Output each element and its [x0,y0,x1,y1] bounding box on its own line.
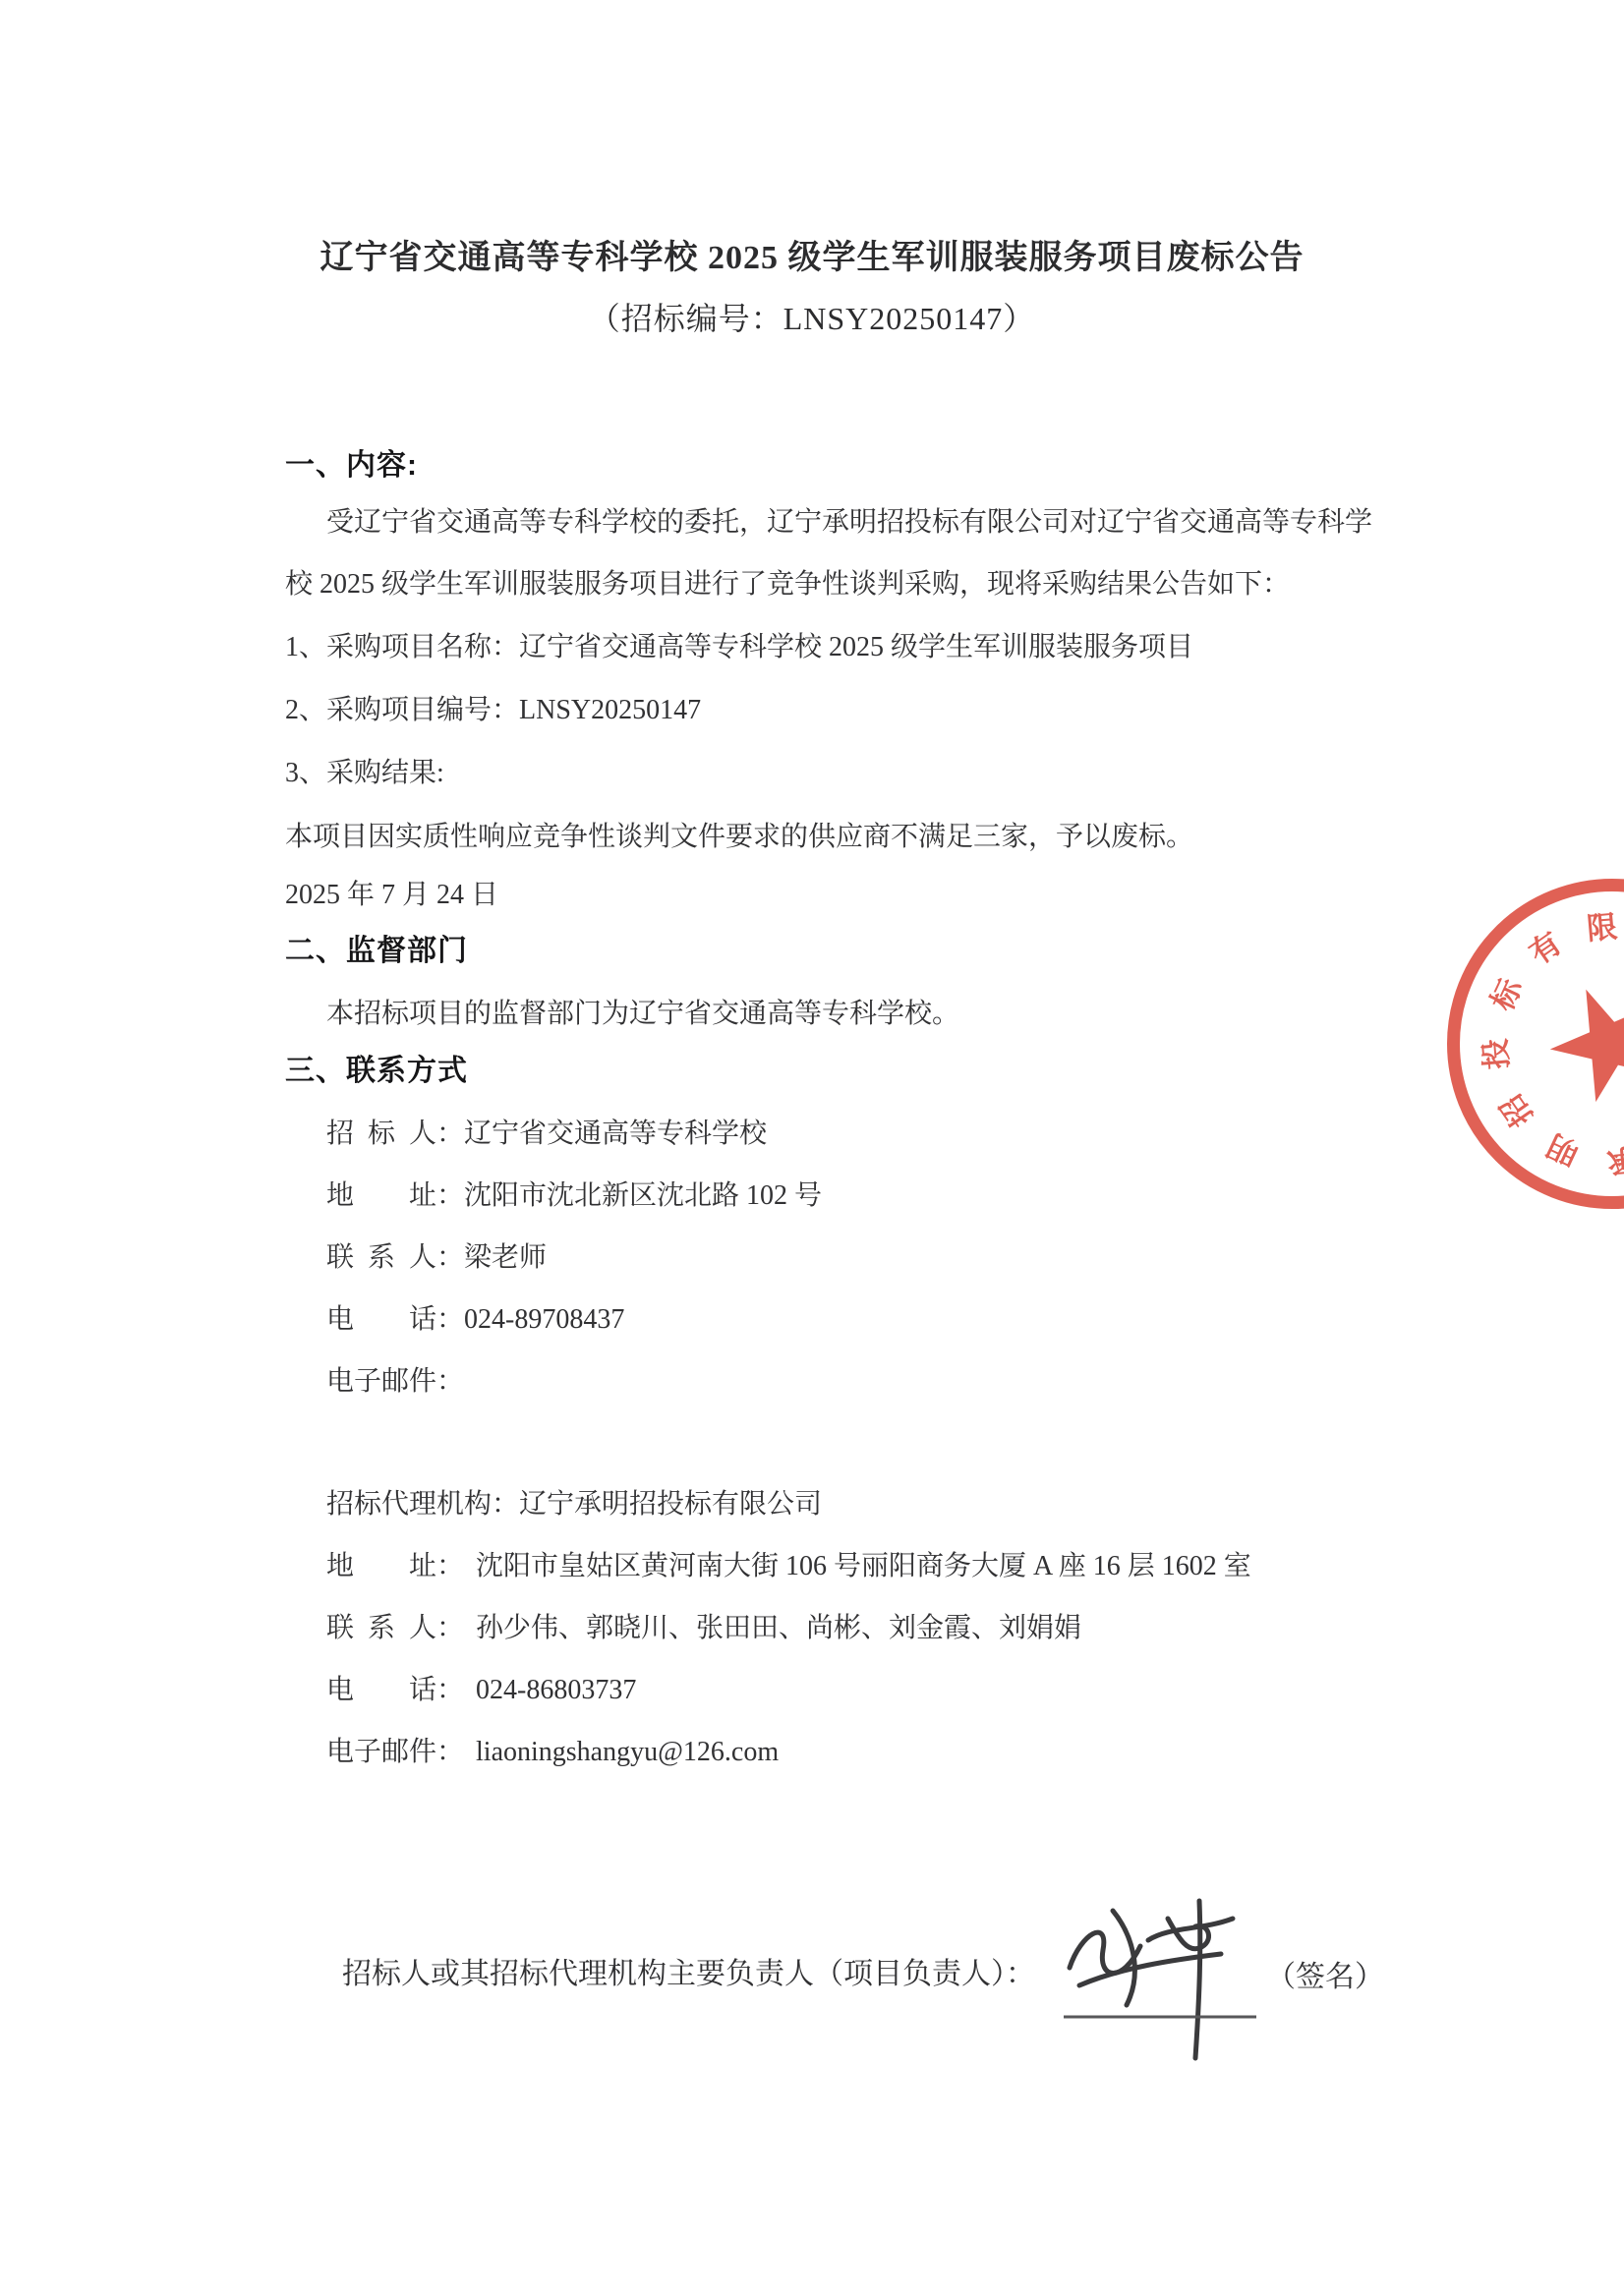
contact-label: 招标人 [326,1119,436,1150]
signature-line-prefix: 招标人或其招标代理机构主要负责人（项目负责人）： [342,1958,1035,1992]
item-project-name: 1、采购项目名称：辽宁省交通高等专科学校 2025 级学生军训服装服务项目 [285,632,1193,663]
agency-row-person: 联系人：孙少伟、郭晓川、张田田、尚彬、刘金霞、刘娟娟 [326,1613,1081,1644]
contact-label: 电话 [326,1675,436,1706]
contact-value: liaoningshangyu@126.com [476,1737,779,1768]
agency-label: 招标代理机构 [326,1489,492,1521]
tender-number-subtitle: （招标编号：LNSY20250147） [0,301,1624,337]
contact-row-address: 地址：沈阳市沈北新区沈北路 102 号 [326,1180,822,1212]
agency-row-address: 地址：沈阳市皇姑区黄河南大街 106 号丽阳商务大厦 A 座 16 层 1602… [326,1551,1251,1582]
contact-label: 电子邮件 [326,1366,436,1398]
contact-label: 电话 [326,1304,436,1336]
handwritten-signature [1052,1889,1278,2071]
seal-char: 标 [1483,971,1531,1018]
label-colon: ： [436,1613,464,1644]
seal-char: 限 [1583,909,1621,947]
seal-arc-text: 辽宁承明招投标有限公司 [1433,865,1624,1223]
contact-label: 电子邮件 [326,1737,436,1768]
company-seal-stamp: ★ 辽宁承明招投标有限公司 [1447,879,1624,1209]
label-colon: ： [436,1242,464,1274]
contact-value: 沈阳市皇姑区黄河南大街 106 号丽阳商务大厦 A 座 16 层 1602 室 [476,1551,1251,1582]
label-colon: ： [436,1304,464,1336]
label-colon: ： [436,1737,464,1768]
agency-row-email: 电子邮件：liaoningshangyu@126.com [326,1737,779,1768]
contact-row-tenderee: 招标人：辽宁省交通高等专科学校 [326,1119,767,1150]
seal-rotor: ★ 辽宁承明招投标有限公司 [1433,865,1624,1223]
contact-value: 梁老师 [464,1242,547,1274]
contact-row-person: 联系人：梁老师 [326,1242,547,1274]
label-colon: ： [436,1180,464,1212]
seal-char: 有 [1521,924,1570,973]
contact-value: 辽宁省交通高等专科学校 [464,1119,767,1150]
supervision-body: 本招标项目的监督部门为辽宁省交通高等专科学校。 [326,999,959,1030]
contact-row-email: 电子邮件： [326,1366,464,1398]
seal-char: 承 [1603,1140,1624,1178]
content-paragraph-line2: 校 2025 级学生军训服装服务项目进行了竞争性谈判采购，现将采购结果公告如下： [285,569,1290,601]
contact-value: 024-89708437 [464,1304,624,1336]
section-heading-supervision: 二、监督部门 [285,935,468,969]
item-procurement-result: 3、采购结果: [285,758,444,789]
label-colon: ： [492,1489,519,1521]
section-heading-contact: 三、联系方式 [285,1055,468,1089]
agency-name: 辽宁承明招投标有限公司 [519,1489,822,1521]
section-heading-content: 一、内容: [285,449,418,484]
seal-char: 投 [1478,1035,1516,1073]
agency-intro-row: 招标代理机构：辽宁承明招投标有限公司 [326,1489,822,1521]
contact-label: 地址 [326,1180,436,1212]
contact-label: 地址 [326,1551,436,1582]
announcement-page: 辽宁省交通高等专科学校 2025 级学生军训服装服务项目废标公告 （招标编号：L… [0,0,1624,2296]
contact-label: 联系人 [326,1613,436,1644]
agency-row-phone: 电话：024-86803737 [326,1675,636,1706]
contact-value: 沈阳市沈北新区沈北路 102 号 [464,1180,822,1212]
label-colon: ： [436,1119,464,1150]
seal-char: 明 [1539,1125,1587,1173]
contact-value: 孙少伟、郭晓川、张田田、尚彬、刘金霞、刘娟娟 [476,1613,1081,1644]
page-title: 辽宁省交通高等专科学校 2025 级学生军训服装服务项目废标公告 [0,239,1624,277]
seal-char: 招 [1492,1086,1541,1135]
announcement-date: 2025 年 7 月 24 日 [285,880,498,911]
contact-row-phone: 电话：024-89708437 [326,1304,624,1336]
content-paragraph-line1: 受辽宁省交通高等专科学校的委托，辽宁承明招投标有限公司对辽宁省交通高等专科学 [326,507,1372,539]
contact-label: 联系人 [326,1242,436,1274]
contact-value: 024-86803737 [476,1675,636,1706]
signature-line-suffix: （签名） [1266,1961,1384,1995]
label-colon: ： [436,1366,464,1398]
item-project-number: 2、采购项目编号：LNSY20250147 [285,695,701,726]
result-statement: 本项目因实质性响应竞争性谈判文件要求的供应商不满足三家，予以废标。 [285,822,1193,853]
label-colon: ： [436,1675,464,1706]
label-colon: ： [436,1551,464,1582]
